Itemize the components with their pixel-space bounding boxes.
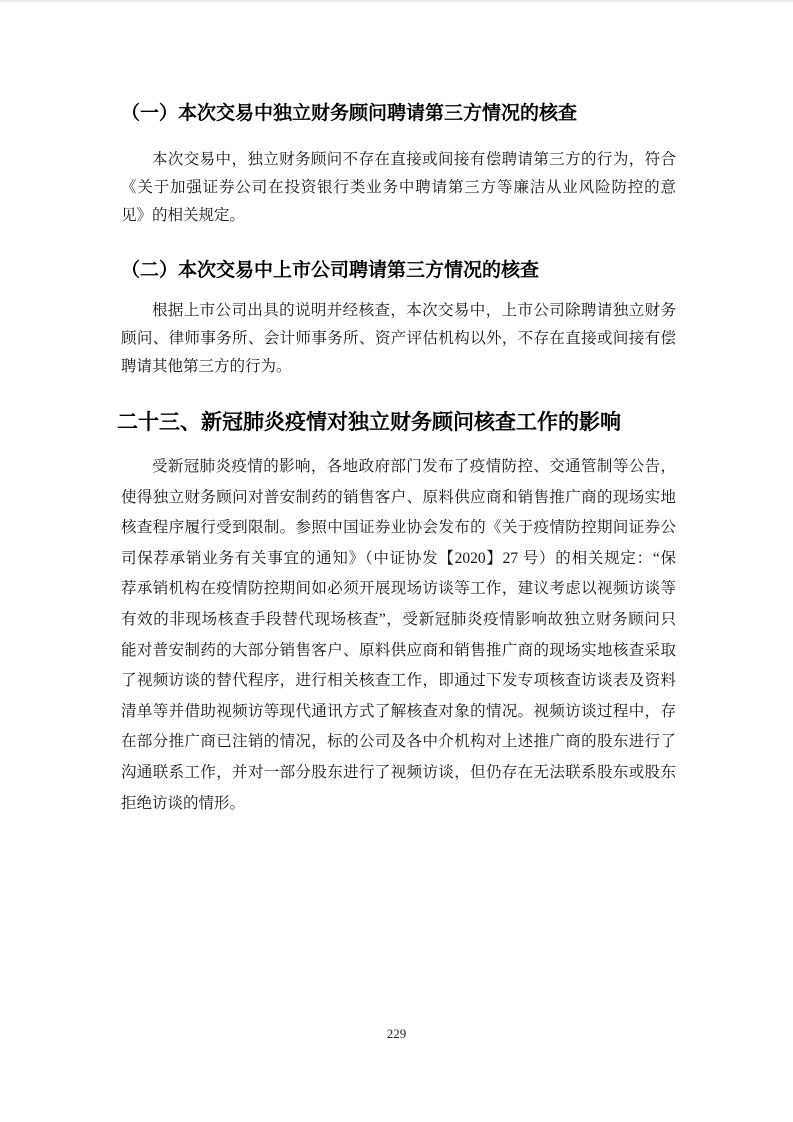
text-line: 顾问、律师事务所、会计师事务所、资产评估机构以外，不存在直接或间接有偿 [121,325,676,353]
section-heading-2: （二）本次交易中上市公司聘请第三方情况的核查 [121,258,676,284]
text-line: 荐承销机构在疫情防控期间如必须开展现场访谈等工作，建议考虑以视频访谈等 [121,574,676,605]
text-line: 聘请其他第三方的行为。 [121,353,676,381]
chapter-heading: 二十三、新冠肺炎疫情对独立财务顾问核查工作的影响 [117,409,694,437]
text-line: 拒绝访谈的情形。 [121,789,676,820]
text-line: 本次交易中，独立财务顾问不存在直接或间接有偿聘请第三方的行为，符合 [121,146,676,174]
text-line: 受新冠肺炎疫情的影响，各地政府部门发布了疫情防控、交通管制等公告， [121,452,676,483]
text-line: 根据上市公司出具的说明并经核查，本次交易中，上市公司除聘请独立财务 [121,297,676,325]
section-paragraph-1: 本次交易中，独立财务顾问不存在直接或间接有偿聘请第三方的行为，符合《关于加强证券… [121,146,676,230]
text-line: 能对普安制药的大部分销售客户、原料供应商和销售推广商的现场实地核查采取 [121,636,676,667]
text-line: 在部分推广商已注销的情况，标的公司及各中介机构对上述推广商的股东进行了 [121,727,676,758]
text-line: 见》的相关规定。 [121,202,676,230]
text-line: 核查程序履行受到限制。参照中国证券业协会发布的《关于疫情防控期间证券公 [121,513,676,544]
section-heading-1: （一）本次交易中独立财务顾问聘请第三方情况的核查 [121,101,676,127]
chapter-paragraph: 受新冠肺炎疫情的影响，各地政府部门发布了疫情防控、交通管制等公告，使得独立财务顾… [121,452,676,819]
text-line: 清单等并借助视频访等现代通讯方式了解核查对象的情况。视频访谈过程中，存 [121,697,676,728]
text-line: 沟通联系工作，并对一部分股东进行了视频访谈，但仍存在无法联系股东或股东 [121,758,676,789]
text-line: 有效的非现场核查手段替代现场核查”，受新冠肺炎疫情影响故独立财务顾问只 [121,605,676,636]
text-line: 了视频访谈的替代程序，进行相关核查工作，即通过下发专项核查访谈表及资料 [121,666,676,697]
text-line: 《关于加强证券公司在投资银行类业务中聘请第三方等廉洁从业风险防控的意 [121,174,676,202]
page-top-edge [0,0,793,2]
section-paragraph-2: 根据上市公司出具的说明并经核查，本次交易中，上市公司除聘请独立财务顾问、律师事务… [121,297,676,381]
page-number: 229 [0,1025,793,1043]
document-page: （一）本次交易中独立财务顾问聘请第三方情况的核查 本次交易中，独立财务顾问不存在… [0,0,793,1122]
text-line: 司保荐承销业务有关事宜的通知》（中证协发【2020】27 号）的相关规定：“保 [121,544,676,575]
text-line: 使得独立财务顾问对普安制药的销售客户、原料供应商和销售推广商的现场实地 [121,483,676,514]
